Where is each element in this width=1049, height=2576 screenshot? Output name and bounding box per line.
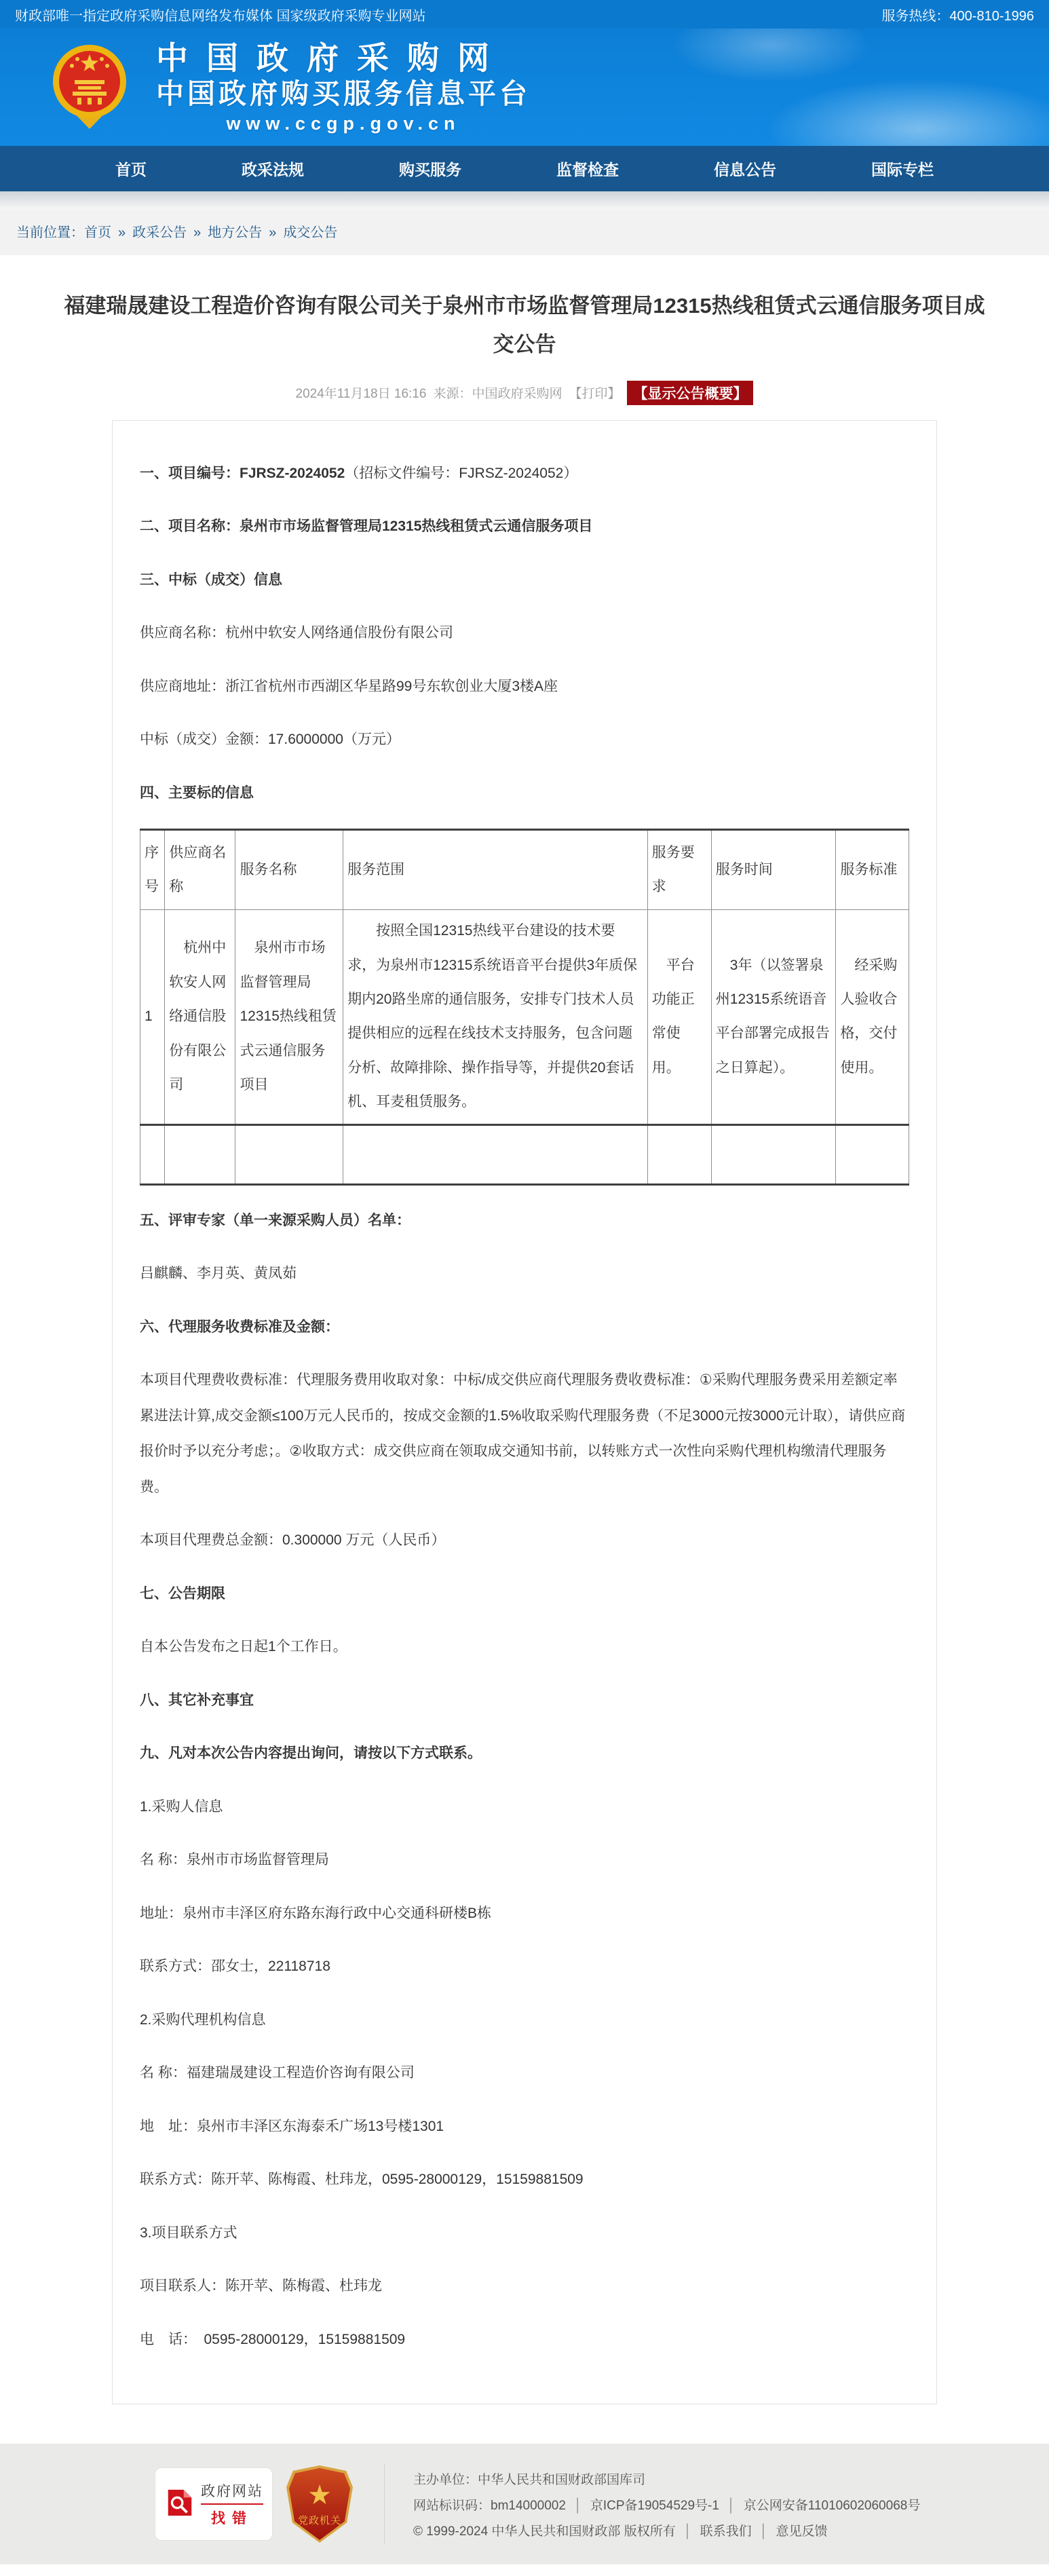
article-source: 来源：中国政府采购网 bbox=[433, 383, 562, 402]
cloud-decoration bbox=[764, 78, 1049, 146]
breadcrumb: 当前位置：首页»政采公告»地方公告»成交公告 bbox=[0, 210, 1049, 255]
nav-item-home[interactable]: 首页 bbox=[115, 157, 147, 180]
notice-period-text: 自本公告发布之日起1个工作日。 bbox=[140, 1629, 909, 1665]
award-amount-line: 中标（成交）金额：17.6000000（万元） bbox=[140, 722, 909, 758]
col-header-service-name: 服务名称 bbox=[235, 830, 343, 910]
supplier-address-line: 供应商地址：浙江省杭州市西湖区华星路99号东软创业大厦3楼A座 bbox=[140, 669, 909, 705]
agency-fee-standard: 本项目代理费收费标准：代理服务费用收取对象：中标/成交供应商代理服务费收费标准：… bbox=[140, 1363, 909, 1505]
announcement-article: 福建瑞晟建设工程造价咨询有限公司关于泉州市市场监督管理局12315热线租赁式云通… bbox=[0, 255, 1049, 2404]
badge-find-error-line1: 政府网站 bbox=[201, 2480, 263, 2501]
purchaser-info-heading: 1.采购人信息 bbox=[140, 1789, 909, 1825]
announcement-content: 一、项目编号：FJRSZ-2024052（招标文件编号：FJRSZ-202405… bbox=[112, 420, 937, 2404]
site-url: www.ccgp.gov.cn bbox=[156, 113, 531, 134]
breadcrumb-item-zhengcai[interactable]: 政采公告 bbox=[132, 225, 187, 240]
agency-contact: 联系方式：陈开苹、陈梅霞、杜玮龙，0595-28000129，151598815… bbox=[140, 2162, 909, 2198]
col-header-no: 序号 bbox=[140, 830, 165, 910]
breadcrumb-separator: » bbox=[269, 225, 276, 240]
nav-item-supervision[interactable]: 监督检查 bbox=[556, 157, 619, 180]
project-number-bold: 一、项目编号：FJRSZ-2024052 bbox=[140, 466, 345, 481]
national-emblem-icon bbox=[47, 42, 132, 133]
breadcrumb-item-home[interactable]: 首页 bbox=[84, 225, 111, 240]
magnifier-icon bbox=[164, 2487, 195, 2522]
table-row: 1 杭州中软安人网络通信股份有限公司 泉州市市场监督管理局12315热线租赁式云… bbox=[140, 910, 909, 1124]
contact-us-link[interactable]: 联系我们 bbox=[700, 2524, 752, 2539]
project-number-note: （招标文件编号：FJRSZ-2024052） bbox=[345, 466, 577, 481]
main-nav: 首页 政采法规 购买服务 监督检查 信息公告 国际专栏 bbox=[0, 146, 1049, 191]
cell-requirement: 平台功能正常使用。 bbox=[647, 910, 711, 1124]
section-award-info-heading: 三、中标（成交）信息 bbox=[140, 563, 909, 599]
feedback-link[interactable]: 意见反馈 bbox=[776, 2524, 827, 2539]
project-contact-persons: 项目联系人：陈开苹、陈梅霞、杜玮龙 bbox=[140, 2269, 909, 2305]
badge-find-error-line2: 找错 bbox=[201, 2507, 263, 2528]
topbar-hotline: 服务热线：400-810-1996 bbox=[881, 5, 1034, 24]
site-identity: 中国政府采购网 中国政府购买服务信息平台 www.ccgp.gov.cn bbox=[156, 40, 531, 134]
nav-gradient-strip bbox=[0, 191, 1049, 210]
breadcrumb-item-current: 成交公告 bbox=[283, 225, 337, 240]
supplier-name-line: 供应商名称：杭州中软安人网络通信股份有限公司 bbox=[140, 615, 909, 651]
page-footer: 政府网站 找错 ★ 党政机关 主办单位：中华人民共和国财政部国库司 网站标识码：… bbox=[0, 2444, 1049, 2564]
nav-item-international[interactable]: 国际专栏 bbox=[871, 157, 934, 180]
col-header-requirement: 服务要求 bbox=[647, 830, 711, 910]
topbar-slogan: 财政部唯一指定政府采购信息网络发布媒体 国家级政府采购专业网站 bbox=[15, 5, 426, 24]
table-row-empty bbox=[140, 1124, 909, 1184]
section-contact-heading: 九、凡对本次公告内容提出询问，请按以下方式联系。 bbox=[140, 1736, 909, 1772]
project-contact-phone: 电 话： 0595-28000129，15159881509 bbox=[140, 2322, 909, 2358]
cell-supplier: 杭州中软安人网络通信股份有限公司 bbox=[165, 910, 235, 1124]
agency-address: 地 址：泉州市丰泽区东海泰禾广场13号楼1301 bbox=[140, 2109, 909, 2145]
breadcrumb-prefix: 当前位置： bbox=[16, 225, 84, 240]
agency-name: 名 称：福建瑞晟建设工程造价咨询有限公司 bbox=[140, 2056, 909, 2091]
nav-item-regulations[interactable]: 政采法规 bbox=[242, 157, 304, 180]
section-project-name: 二、项目名称：泉州市市场监督管理局12315热线租赁式云通信服务项目 bbox=[140, 509, 909, 545]
cell-service-name: 泉州市市场监督管理局12315热线租赁式云通信服务项目 bbox=[235, 910, 343, 1124]
col-header-scope: 服务范围 bbox=[343, 830, 648, 910]
breadcrumb-item-local[interactable]: 地方公告 bbox=[208, 225, 262, 240]
col-header-standard: 服务标准 bbox=[836, 830, 909, 910]
nav-item-purchase-service[interactable]: 购买服务 bbox=[399, 157, 461, 180]
badge-red-divider bbox=[201, 2503, 263, 2505]
section-agency-fee-heading: 六、代理服务收费标准及金额： bbox=[140, 1310, 909, 1346]
publish-datetime: 2024年11月18日 16:16 bbox=[296, 383, 427, 402]
security-record-number: 京公网安备11010602060068号 bbox=[744, 2499, 921, 2513]
agency-info-heading: 2.采购代理机构信息 bbox=[140, 2003, 909, 2039]
section-supplement-heading: 八、其它补充事宜 bbox=[140, 1683, 909, 1719]
cell-standard: 经采购人验收合格，交付使用。 bbox=[836, 910, 909, 1124]
nav-item-announcements[interactable]: 信息公告 bbox=[714, 157, 776, 180]
site-name: 中国政府采购网 bbox=[156, 40, 531, 77]
cloud-decoration bbox=[669, 29, 873, 83]
project-contact-heading: 3.项目联系方式 bbox=[140, 2216, 909, 2252]
icp-number: 京ICP备19054529号-1 bbox=[590, 2499, 719, 2513]
experts-names: 吕麒麟、李月英、黄凤茹 bbox=[140, 1256, 909, 1292]
agency-fee-total: 本项目代理费总金额：0.300000 万元（人民币） bbox=[140, 1523, 909, 1559]
cell-no: 1 bbox=[140, 910, 165, 1124]
site-banner: 中国政府采购网 中国政府购买服务信息平台 www.ccgp.gov.cn bbox=[0, 29, 1049, 146]
section-project-number: 一、项目编号：FJRSZ-2024052（招标文件编号：FJRSZ-202405… bbox=[140, 456, 909, 492]
col-header-supplier: 供应商名称 bbox=[165, 830, 235, 910]
col-header-time: 服务时间 bbox=[711, 830, 836, 910]
breadcrumb-separator: » bbox=[118, 225, 126, 240]
cell-time: 3年（以签署泉州12315系统语音平台部署完成报告之日算起）。 bbox=[711, 910, 836, 1124]
section-notice-period-heading: 七、公告期限 bbox=[140, 1576, 909, 1612]
footer-id-line: 网站标识码：bm14000002│京ICP备19054529号-1│京公网安备1… bbox=[413, 2495, 920, 2514]
copyright-text: © 1999-2024 中华人民共和国财政部 版权所有 bbox=[413, 2524, 676, 2539]
purchaser-contact: 联系方式：邵女士，22118718 bbox=[140, 1949, 909, 1985]
footer-info: 主办单位：中华人民共和国财政部国库司 网站标识码：bm14000002│京ICP… bbox=[413, 2462, 920, 2547]
table-header-row: 序号 供应商名称 服务名称 服务范围 服务要求 服务时间 服务标准 bbox=[140, 830, 909, 910]
section-experts-heading: 五、评审专家（单一来源采购人员）名单： bbox=[140, 1203, 909, 1239]
section-main-subject-heading: 四、主要标的信息 bbox=[140, 776, 909, 812]
purchaser-name: 名 称：泉州市市场监督管理局 bbox=[140, 1842, 909, 1878]
party-gov-shield-icon[interactable]: ★ 党政机关 bbox=[286, 2465, 353, 2543]
gov-site-error-report-badge[interactable]: 政府网站 找错 bbox=[155, 2467, 273, 2541]
badge-party-label: 党政机关 bbox=[298, 2513, 341, 2527]
footer-host-line: 主办单位：中华人民共和国财政部国库司 bbox=[413, 2469, 920, 2488]
footer-divider bbox=[384, 2464, 385, 2544]
article-meta: 2024年11月18日 16:16 来源：中国政府采购网 【打印】 【显示公告概… bbox=[0, 381, 1049, 405]
page-title: 福建瑞晟建设工程造价咨询有限公司关于泉州市市场监督管理局12315热线租赁式云通… bbox=[63, 286, 986, 364]
footer-badges: 政府网站 找错 ★ 党政机关 bbox=[155, 2465, 353, 2543]
main-bid-table: 序号 供应商名称 服务名称 服务范围 服务要求 服务时间 服务标准 1 杭州中软… bbox=[140, 829, 909, 1185]
site-id-code: 网站标识码：bm14000002 bbox=[413, 2499, 566, 2513]
breadcrumb-separator: » bbox=[193, 225, 201, 240]
top-utility-bar: 财政部唯一指定政府采购信息网络发布媒体 国家级政府采购专业网站 服务热线：400… bbox=[0, 0, 1049, 29]
cell-scope: 按照全国12315热线平台建设的技术要求，为泉州市12315系统语音平台提供3年… bbox=[343, 910, 648, 1124]
footer-copyright-line: © 1999-2024 中华人民共和国财政部 版权所有│联系我们│意见反馈 bbox=[413, 2521, 920, 2539]
purchaser-address: 地址：泉州市丰泽区府东路东海行政中心交通科研楼B栋 bbox=[140, 1896, 909, 1932]
site-subtitle: 中国政府购买服务信息平台 bbox=[156, 77, 531, 111]
print-link[interactable]: 【打印】 bbox=[569, 383, 620, 402]
show-summary-button[interactable]: 【显示公告概要】 bbox=[627, 381, 753, 405]
